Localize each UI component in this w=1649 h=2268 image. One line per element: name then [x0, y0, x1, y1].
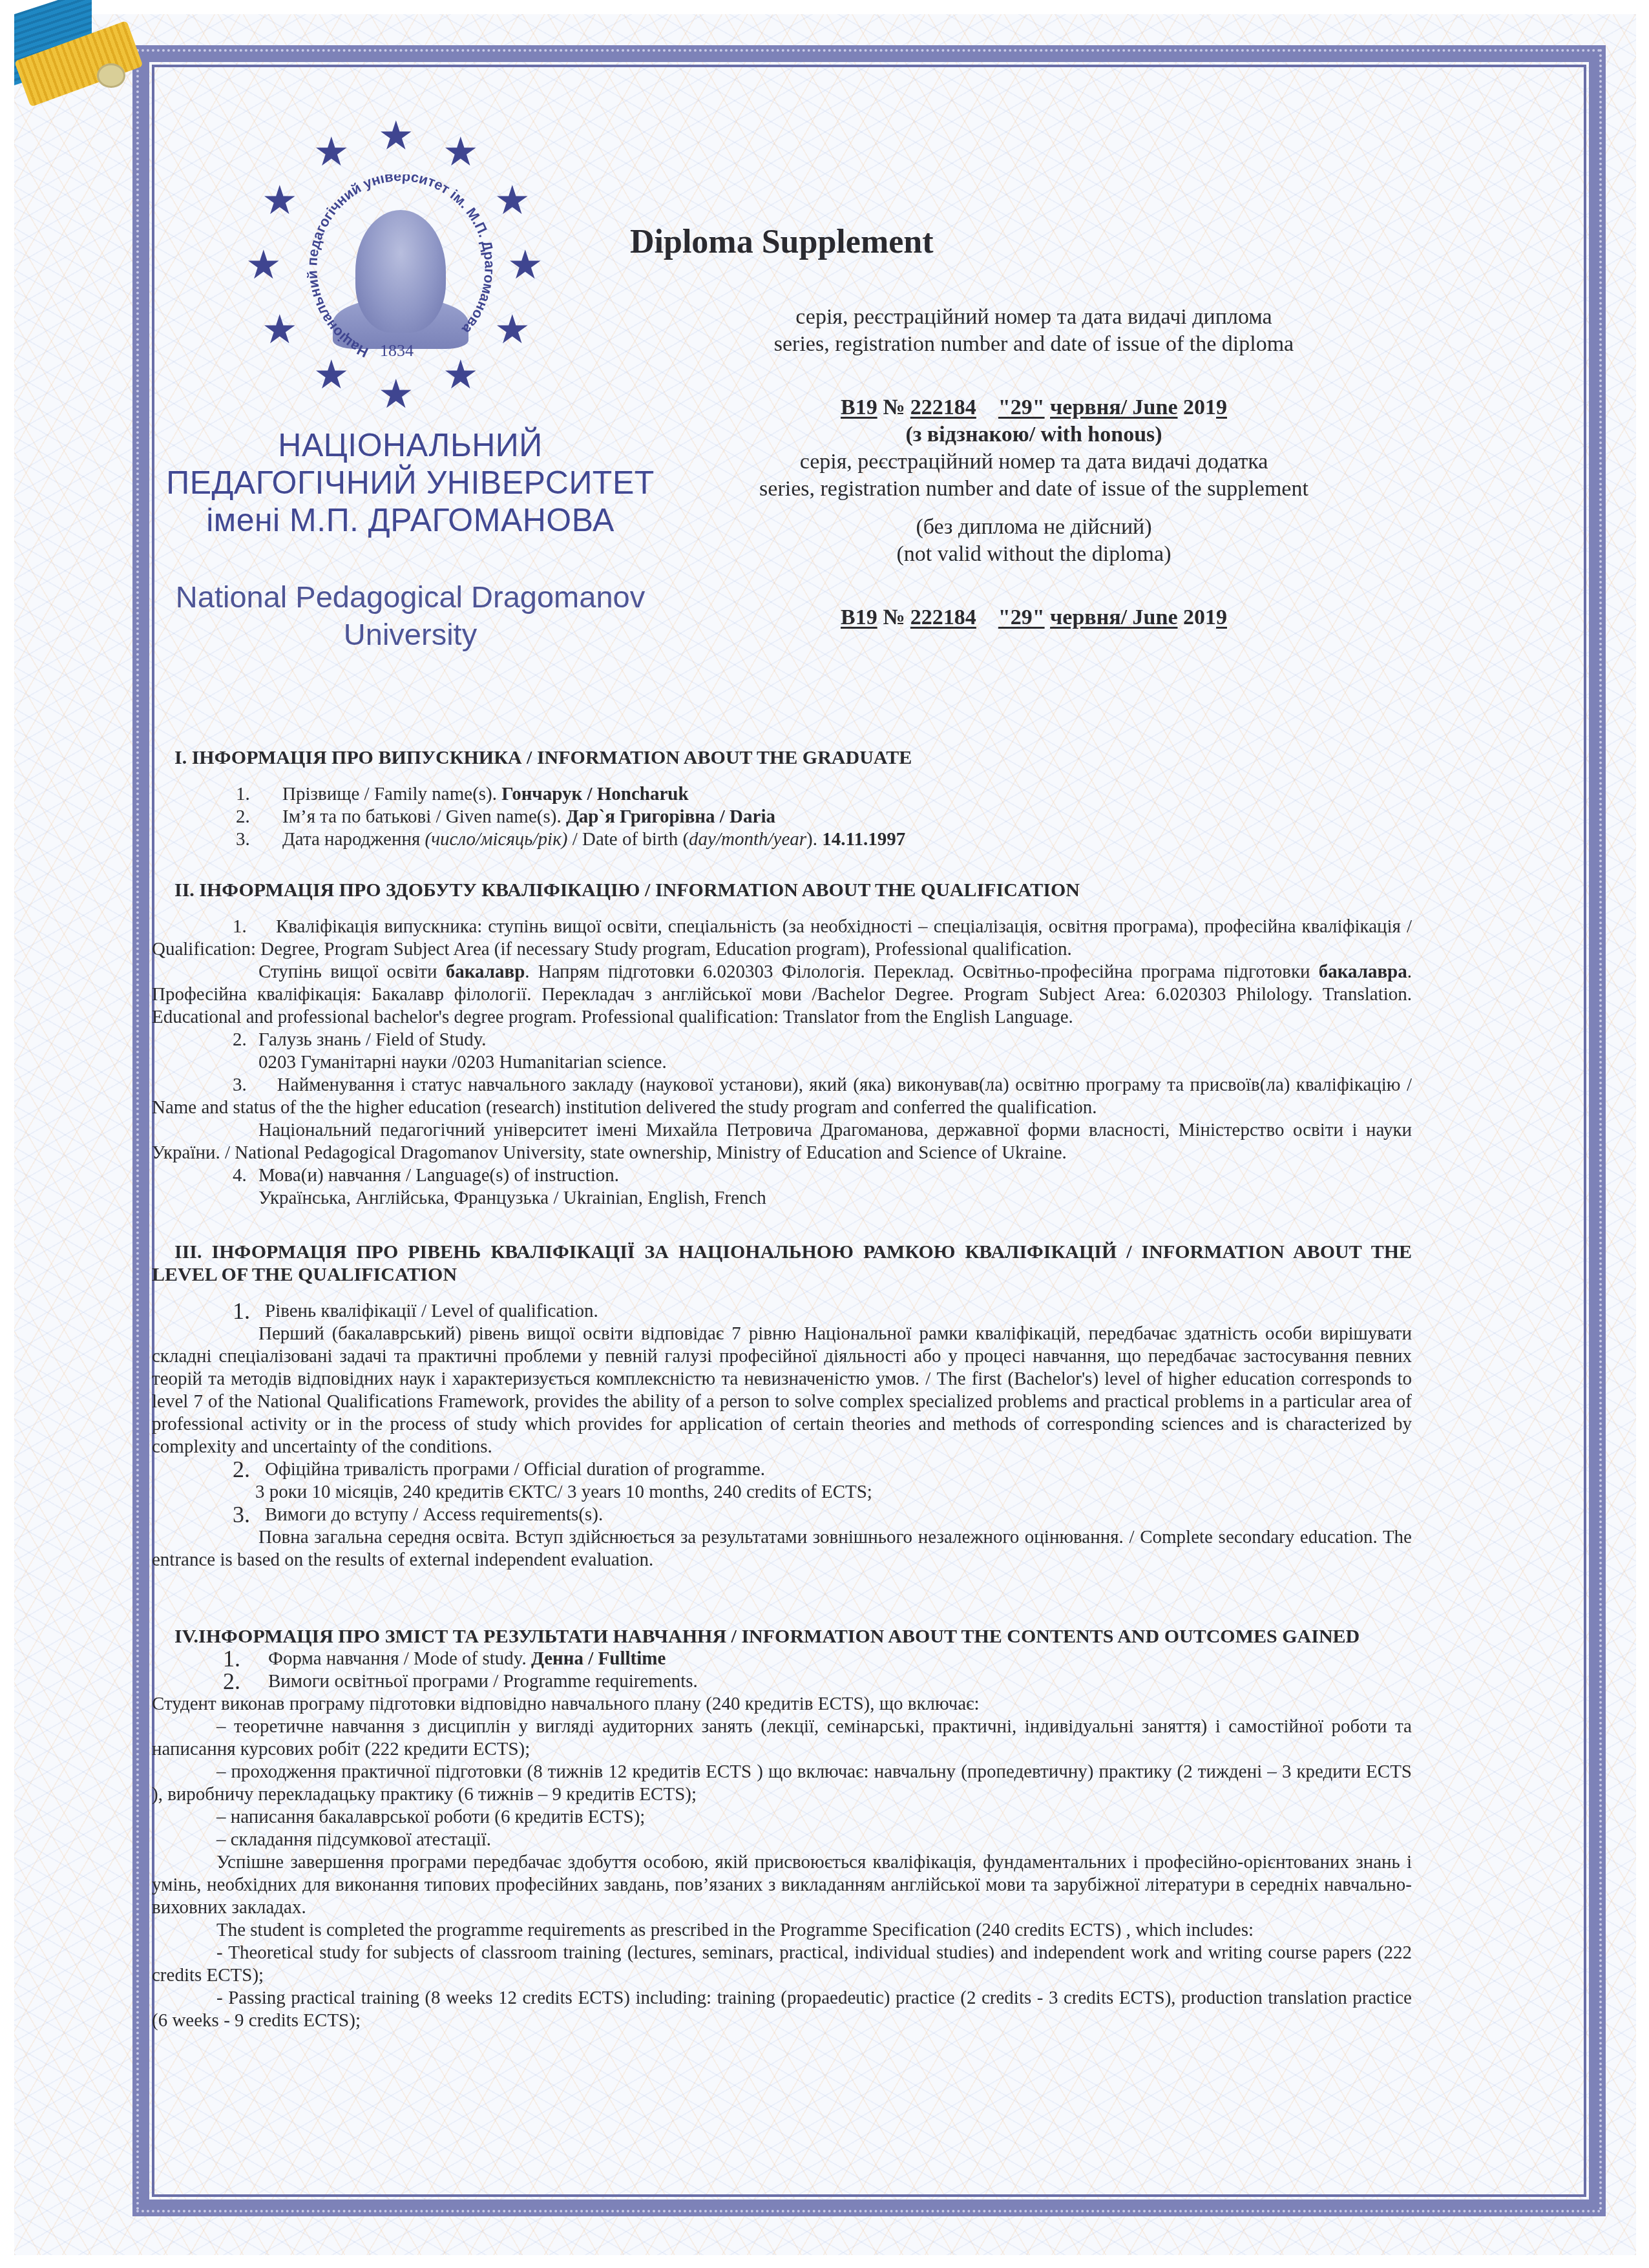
list-item: – теоретичне навчання з дисциплін у вигл…: [152, 1716, 1412, 1761]
not-valid-uk: (без диплома не дійсний): [666, 514, 1402, 541]
item-number: 2.: [233, 1458, 265, 1481]
duration-value: 3 роки 10 місяців, 240 кредитів ЄКТС/ 3 …: [152, 1481, 1412, 1504]
diploma-day: "29": [998, 395, 1045, 419]
supplement-label: серія, реєстраційний номер та дата видач…: [666, 448, 1402, 503]
field-value: Ступінь вищої освіти: [258, 961, 446, 982]
requirements-intro-en: The student is completed the programme r…: [152, 1919, 1412, 1942]
item-number: 3.: [233, 1504, 265, 1526]
portrait-medallion: Національний педагогічний університет ім…: [307, 174, 494, 368]
diploma-label-en: series, registration number and date of …: [666, 331, 1402, 358]
diploma-series: B19: [841, 395, 877, 419]
diploma-month: червня/ June: [1050, 395, 1177, 419]
star-icon: ★: [313, 132, 350, 173]
item-number: 1.: [233, 1300, 265, 1323]
supplement-month: червня/ June: [1050, 605, 1177, 629]
star-icon: ★: [494, 181, 530, 221]
field-label: Вимоги до вступу / Access requirements(s…: [265, 1504, 603, 1526]
degree-value: бакалавр: [446, 961, 525, 982]
level-value: Перший (бакалаврський) рівень вищої осві…: [152, 1323, 1412, 1458]
field-label: Галузь знань / Field of Study.: [258, 1029, 487, 1051]
degree-value: бакалавра: [1319, 961, 1407, 982]
list-item: – проходження практичної підготовки (8 т…: [152, 1761, 1412, 1806]
outcome-uk: Успішне завершення програми передбачає з…: [152, 1851, 1412, 1919]
list-item: - Theoretical study for subjects of clas…: [152, 1942, 1412, 1987]
field-label: Мова(и) навчання / Language(s) of instru…: [258, 1164, 619, 1187]
field-label: Найменування і статус навчального заклад…: [152, 1075, 1412, 1118]
qualification-item-1: 1. Кваліфікація випускника: ступінь вищо…: [152, 916, 1412, 961]
university-name-en-line2: University: [113, 616, 708, 653]
supplement-number: 222184: [910, 605, 976, 629]
star-icon: ★: [378, 375, 414, 415]
institution-value: Національний педагогічний університет ім…: [152, 1119, 1412, 1164]
item-number: 2.: [223, 1670, 268, 1693]
item-number: 1.: [233, 916, 247, 937]
star-icon: ★: [443, 132, 479, 173]
field-label: Рівень кваліфікації / Level of qualifica…: [265, 1300, 598, 1323]
number-sign: №: [883, 605, 905, 629]
qualification-value: Ступінь вищої освіти бакалавр. Напрям пі…: [152, 961, 1412, 1029]
mode-of-study: 1.Форма навчання / Mode of study. Денна …: [152, 1648, 1412, 1670]
field-label: Дата народження: [282, 829, 425, 850]
field-label: Вимоги освітньої програми / Programme re…: [268, 1670, 698, 1693]
access-item: 3.Вимоги до вступу / Access requirements…: [152, 1504, 1412, 1526]
diploma-year-suffix: 9: [1216, 395, 1227, 419]
item-number: 3.: [233, 1075, 247, 1095]
item-number: 2.: [236, 806, 282, 828]
diploma-label: серія, реєстраційний номер та дата видач…: [666, 304, 1402, 358]
star-icon: ★: [262, 181, 298, 221]
university-name-en-line1: National Pedagogical Dragomanov: [113, 578, 708, 616]
field-label: Форма навчання / Mode of study.: [268, 1648, 527, 1670]
section-contents: IV.ІНФОРМАЦІЯ ПРО ЗМІСТ ТА РЕЗУЛЬТАТИ НА…: [152, 1625, 1412, 2032]
not-valid-en: (not valid without the diploma): [666, 541, 1402, 568]
field-label: day/month/year: [689, 829, 806, 850]
section-graduate: I. ІНФОРМАЦІЯ ПРО ВИПУСКНИКА / INFORMATI…: [152, 746, 1412, 851]
field-label: Офіційна тривалість програми / Official …: [265, 1458, 765, 1481]
graduate-given-name: 2. Ім’я та по батькові / Given name(s). …: [152, 806, 1412, 828]
diploma-year-prefix: 201: [1183, 395, 1216, 419]
field-value: 14.11.1997: [822, 829, 905, 850]
graduate-birth-date: 3. Дата народження (число/місяць/рік) / …: [152, 828, 1412, 851]
university-name-en: National Pedagogical Dragomanov Universi…: [113, 578, 708, 653]
field-label: Прізвище / Family name(s).: [282, 784, 497, 804]
field-label: / Date of birth (: [567, 829, 689, 850]
item-number: 3.: [236, 828, 282, 851]
graduate-family-name: 1. Прізвище / Family name(s). Гончарук /…: [152, 783, 1412, 806]
list-item: - Passing practical training (8 weeks 12…: [152, 1987, 1412, 2032]
item-number: 2.: [233, 1029, 258, 1051]
item-number: 1.: [236, 783, 282, 806]
star-icon: ★: [262, 310, 298, 350]
list-item: – складання підсумкової атестації.: [152, 1829, 1412, 1851]
field-label: (число/місяць/рік): [425, 829, 568, 850]
field-label: Кваліфікація випускника: ступінь вищої о…: [152, 916, 1412, 960]
university-name-uk: НАЦІОНАЛЬНИЙ ПЕДАГОГІЧНИЙ УНІВЕРСИТЕТ ім…: [113, 426, 708, 539]
diploma-number: 222184: [910, 395, 976, 419]
field-label: ).: [806, 829, 817, 850]
level-item: 1.Рівень кваліфікації / Level of qualifi…: [152, 1300, 1412, 1323]
language-item: 4.Мова(и) навчання / Language(s) of inst…: [152, 1164, 1412, 1187]
seal-ring-text: Національний педагогічний університет ім…: [307, 174, 494, 368]
diploma-number-line: B19 № 222184 "29" червня/ June 2019: [666, 394, 1402, 421]
star-icon: ★: [494, 310, 530, 350]
field-value: . Напрям підготовки 6.020303 Філологія. …: [525, 961, 1318, 982]
field-label: Ім’я та по батькові / Given name(s).: [282, 806, 562, 827]
supplement-series: B19: [841, 605, 877, 629]
list-item: – написання бакалаврської роботи (6 кред…: [152, 1806, 1412, 1829]
requirements-intro-uk: Студент виконав програму підготовки відп…: [152, 1693, 1412, 1716]
svg-text:Національний педагогічний унів: Національний педагогічний університет ім…: [307, 174, 494, 361]
programme-requirements: 2.Вимоги освітньої програми / Programme …: [152, 1670, 1412, 1693]
diploma-label-uk: серія, реєстраційний номер та дата видач…: [666, 304, 1402, 331]
section-qualification: II. ІНФОРМАЦІЯ ПРО ЗДОБУТУ КВАЛІФІКАЦІЮ …: [152, 879, 1412, 1210]
access-value: Повна загальна середня освіта. Вступ зді…: [152, 1526, 1412, 1571]
supplement-year-suffix: 9: [1216, 605, 1227, 629]
field-value: Денна / Fulltime: [531, 1648, 666, 1670]
section-title: IV.ІНФОРМАЦІЯ ПРО ЗМІСТ ТА РЕЗУЛЬТАТИ НА…: [152, 1625, 1412, 1648]
field-value: Дар`я Григорівна / Daria: [566, 806, 775, 827]
section-title: III. ІНФОРМАЦІЯ ПРО РІВЕНЬ КВАЛІФІКАЦІЇ …: [152, 1241, 1412, 1286]
star-icon: ★: [246, 246, 282, 286]
supplement-number-line: B19 № 222184 "29" червня/ June 2019: [666, 604, 1402, 631]
section-level: III. ІНФОРМАЦІЯ ПРО РІВЕНЬ КВАЛІФІКАЦІЇ …: [152, 1241, 1412, 1571]
duration-item: 2.Офіційна тривалість програми / Officia…: [152, 1458, 1412, 1481]
supplement-day: "29": [998, 605, 1045, 629]
star-icon: ★: [378, 116, 414, 156]
grommet: [97, 63, 125, 88]
supplement-label-uk: серія, реєстраційний номер та дата видач…: [666, 448, 1402, 476]
section-title: II. ІНФОРМАЦІЯ ПРО ЗДОБУТУ КВАЛІФІКАЦІЮ …: [152, 879, 1412, 901]
university-name-uk-line1: НАЦІОНАЛЬНИЙ: [113, 426, 708, 464]
field-value: Гончарук / Honcharuk: [501, 784, 688, 804]
document-title: Diploma Supplement: [630, 223, 934, 261]
not-valid-note: (без диплома не дійсний) (not valid with…: [666, 514, 1402, 568]
number-sign: №: [883, 395, 905, 419]
seal-year: 1834: [380, 341, 414, 361]
supplement-year-prefix: 201: [1183, 605, 1216, 629]
university-name-uk-line2: ПЕДАГОГІЧНИЙ УНІВЕРСИТЕТ: [113, 464, 708, 501]
section-title: I. ІНФОРМАЦІЯ ПРО ВИПУСКНИКА / INFORMATI…: [152, 746, 1412, 769]
honours: (з відзнакою/ with honous): [666, 421, 1402, 448]
language-value: Українська, Англійська, Французька / Ukr…: [152, 1187, 1412, 1210]
field-of-study: 2.Галузь знань / Field of Study.: [152, 1029, 1412, 1051]
institution-item: 3. Найменування і статус навчального зак…: [152, 1074, 1412, 1119]
item-number: 4.: [233, 1164, 258, 1187]
field-of-study-value: 0203 Гуманітарні науки /0203 Humanitaria…: [152, 1051, 1412, 1074]
star-icon: ★: [507, 246, 543, 286]
university-name-uk-line3: імені М.П. ДРАГОМАНОВА: [113, 501, 708, 539]
university-seal: ★ ★ ★ ★ ★ ★ ★ ★ ★ ★ ★ ★ Національний пед…: [246, 116, 556, 420]
item-number: 1.: [223, 1648, 268, 1670]
supplement-label-en: series, registration number and date of …: [666, 476, 1402, 503]
